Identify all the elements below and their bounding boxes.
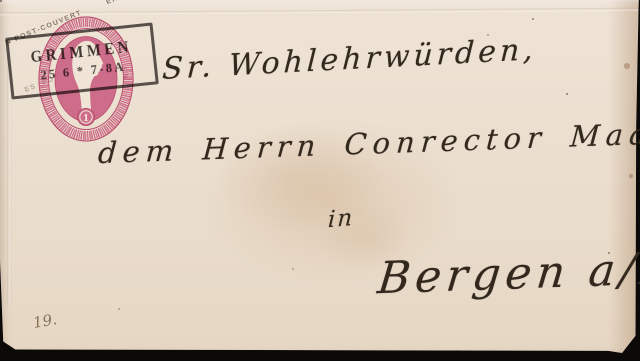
denomination-value: 1	[83, 112, 89, 124]
address-line-town: Bergen a/R	[375, 243, 640, 305]
left-crease	[7, 55, 10, 305]
photo-background: N POST-COUVERT EIN SILB ES POST-COUVERT …	[0, 0, 640, 361]
address-line-in: in	[327, 205, 354, 234]
